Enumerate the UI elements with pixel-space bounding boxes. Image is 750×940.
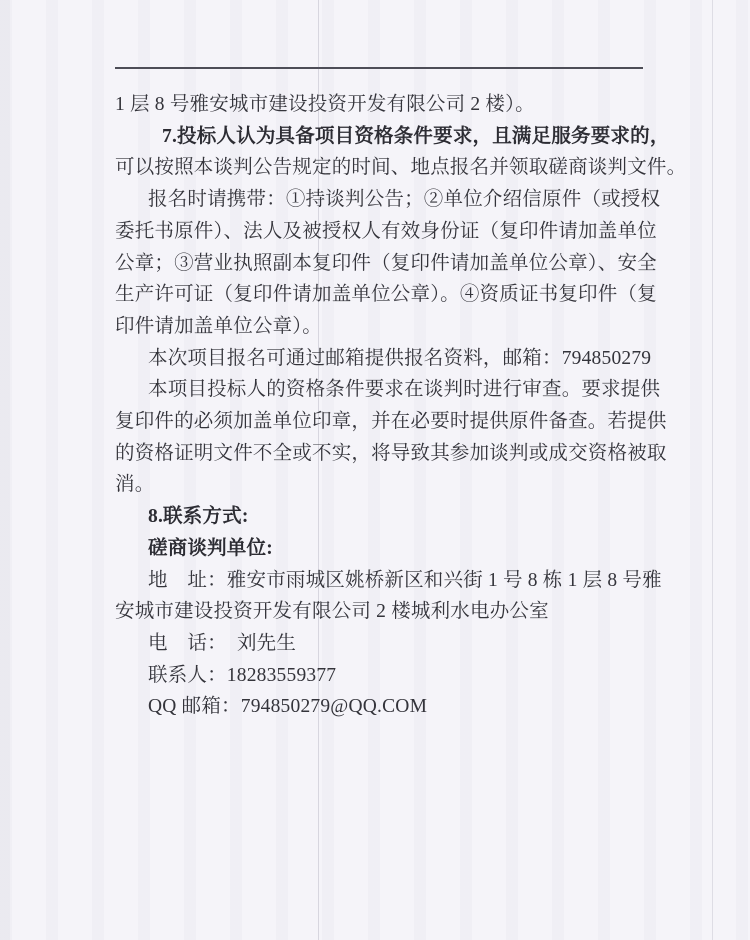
address-line-1: 地 址：雅安市雨城区姚桥新区和兴街 1 号 8 栋 1 层 8 号雅 [115,565,660,597]
doc-line-8: 印件请加盖单位公章）。 [115,311,660,343]
doc-line-7: 生产许可证（复印件请加盖单位公章）。④资质证书复印件（复 [115,279,660,311]
header-divider-rule [115,67,643,69]
scan-right-edge [712,0,713,940]
doc-line-12: 的资格证明文件不全或不实，将导致其参加谈判或成交资格被取 [115,438,660,470]
negotiation-unit-heading: 磋商谈判单位: [115,533,660,565]
doc-line-10: 本项目投标人的资格条件要求在谈判时进行审查。要求提供 [115,374,660,406]
doc-line-11: 复印件的必须加盖单位印章，并在必要时提供原件备查。若提供 [115,406,660,438]
doc-line-13: 消。 [115,469,660,501]
qq-email-line: QQ 邮箱：794850279@QQ.COM [115,691,660,723]
phone-line: 电 话： 刘先生 [115,628,660,660]
email-signup-line: 本次项目报名可通过邮箱提供报名资料，邮箱：794850279 [115,343,660,375]
section-8-heading: 8.联系方式: [115,501,660,533]
section-7-heading-line: 7.投标人认为具备项目资格条件要求，且满足服务要求的， [115,121,660,153]
doc-line-1: 1 层 8 号雅安城市建设投资开发有限公司 2 楼）。 [115,89,660,121]
contact-person-line: 联系人：18283559377 [115,660,660,692]
address-line-2: 安城市建设投资开发有限公司 2 楼城利水电办公室 [115,596,660,628]
doc-line-3: 可以按照本谈判公告规定的时间、地点报名并领取磋商谈判文件。 [115,152,660,184]
scanned-document-page: 1 层 8 号雅安城市建设投资开发有限公司 2 楼）。 7.投标人认为具备项目资… [0,0,750,940]
document-body: 1 层 8 号雅安城市建设投资开发有限公司 2 楼）。 7.投标人认为具备项目资… [115,89,660,723]
doc-line-4: 报名时请携带：①持谈判公告；②单位介绍信原件（或授权 [115,184,660,216]
doc-line-6: 公章；③营业执照副本复印件（复印件请加盖单位公章）、安全 [115,248,660,280]
doc-line-5: 委托书原件）、法人及被授权人有效身份证（复印件请加盖单位 [115,216,660,248]
